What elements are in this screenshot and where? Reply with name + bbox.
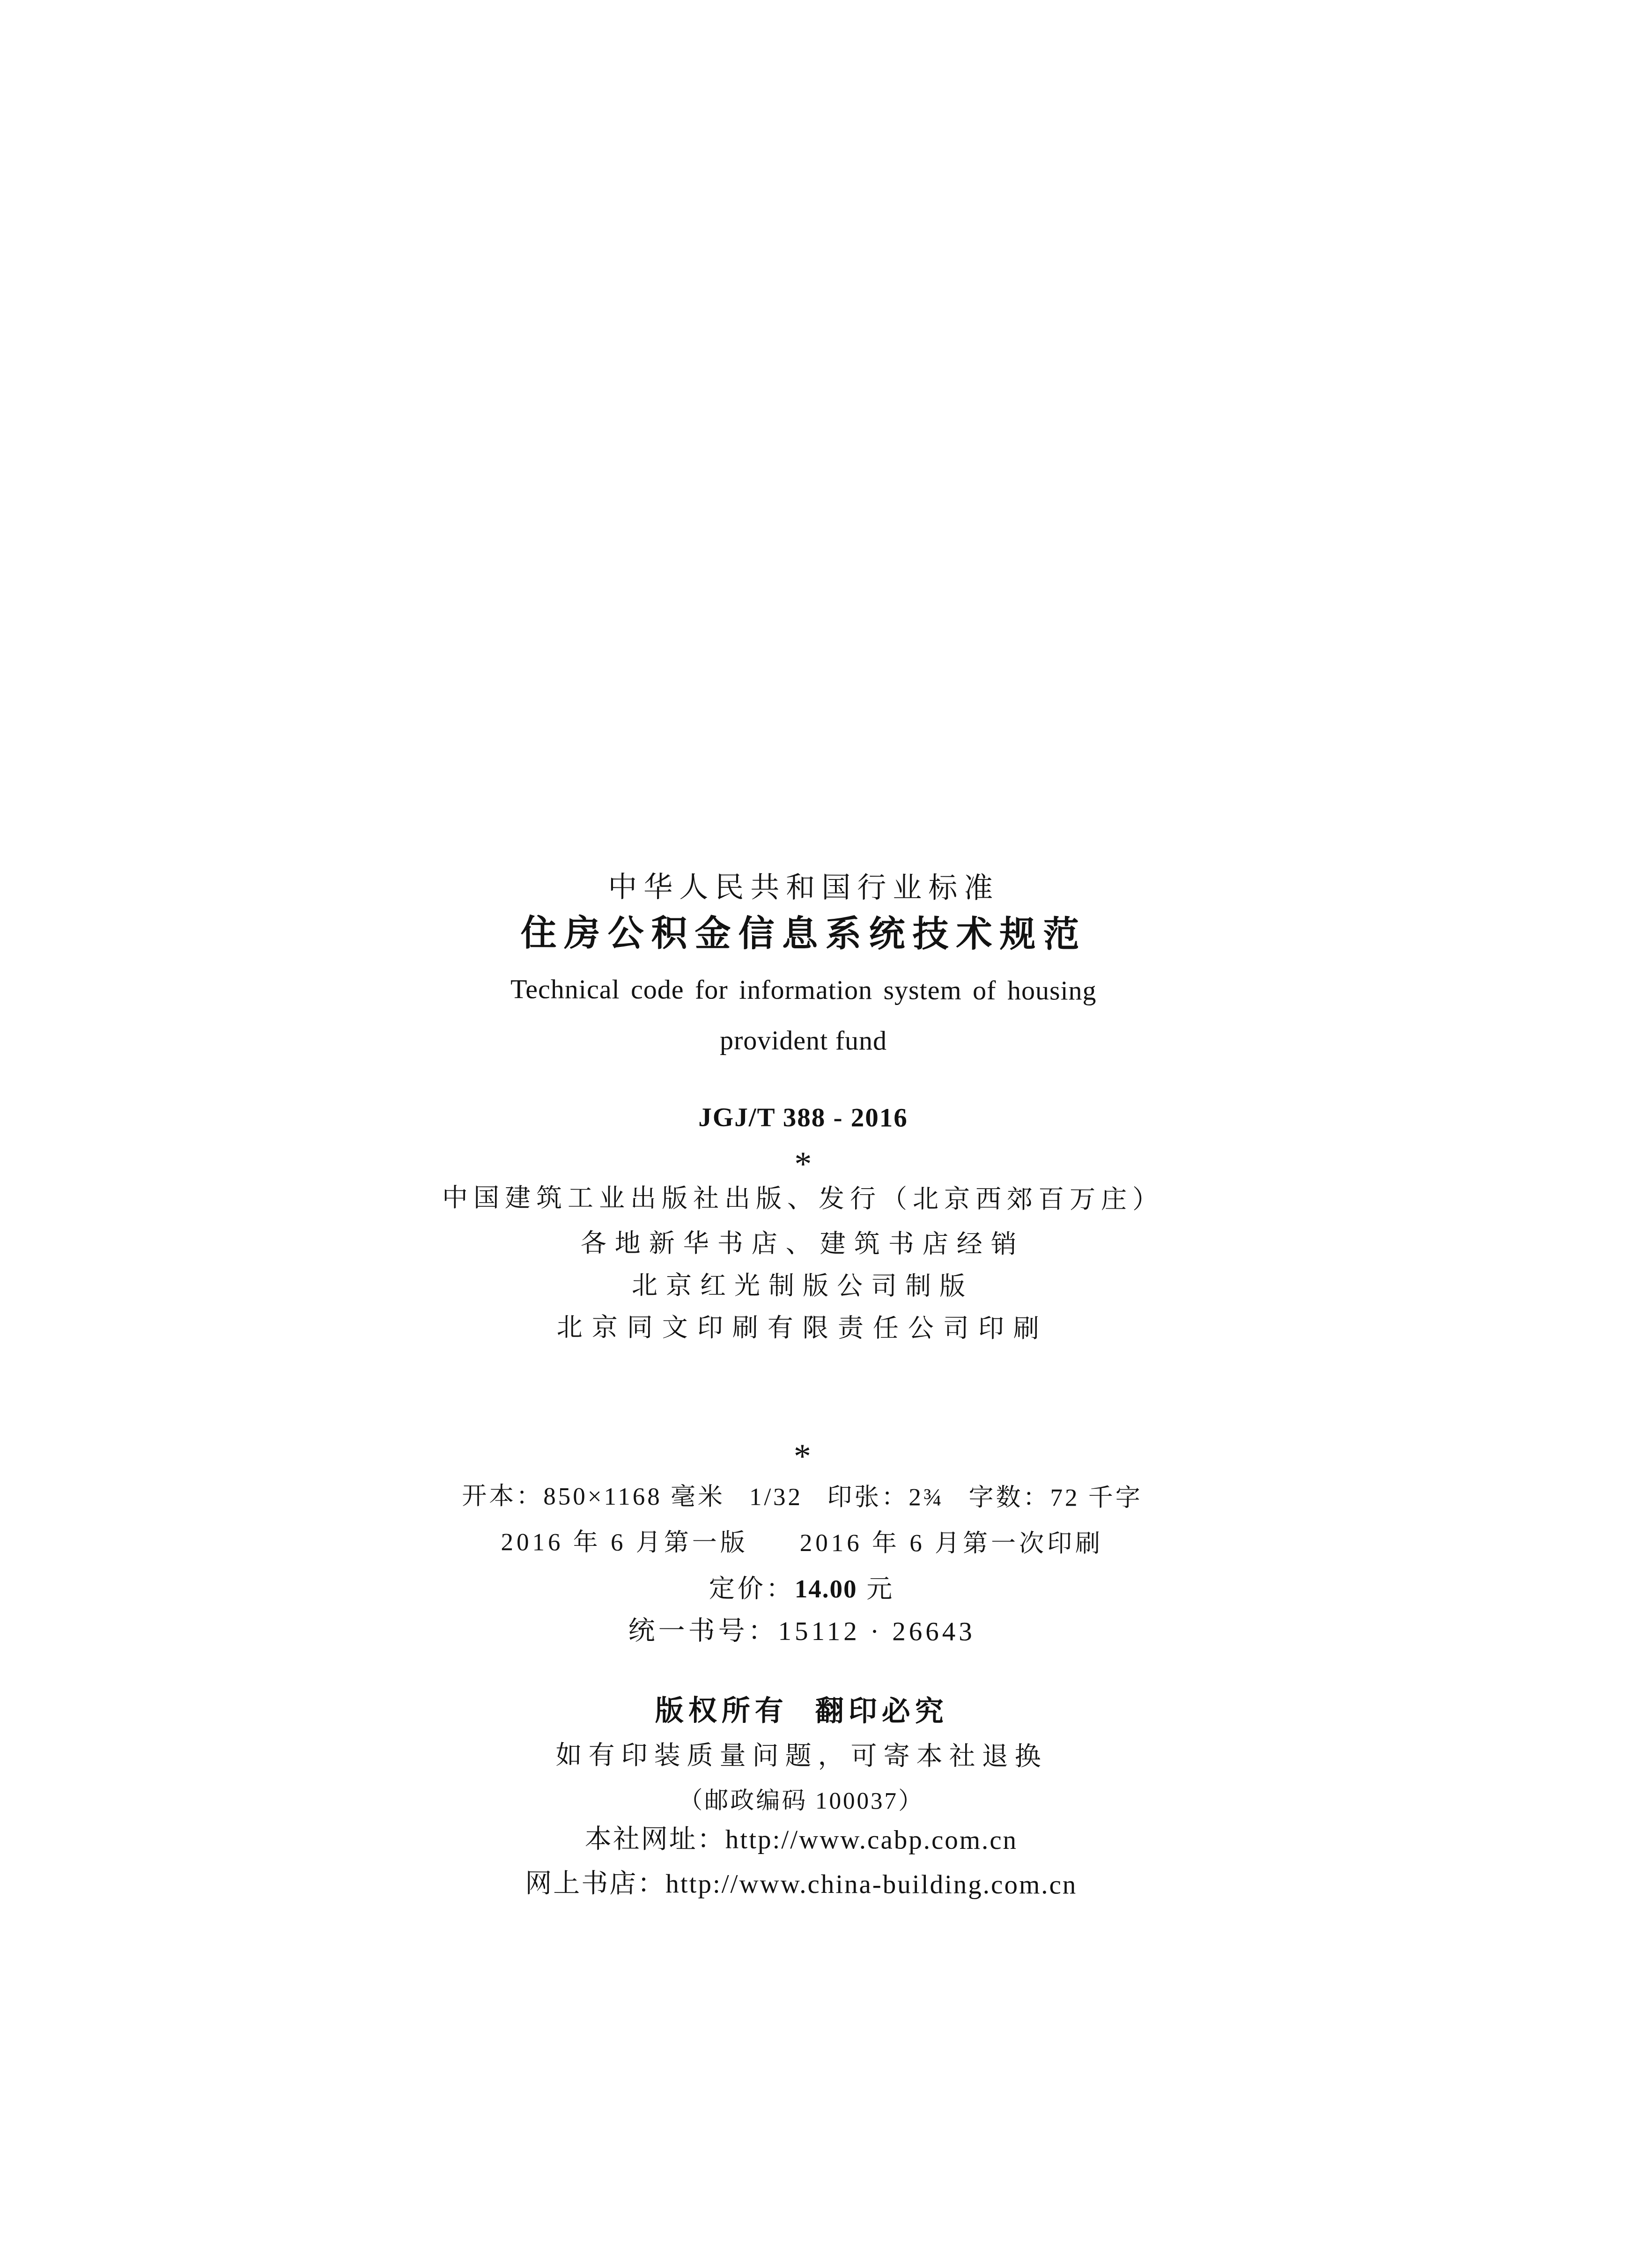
standard-code: JGJ/T 388 - 2016 <box>0 1101 1606 1135</box>
postcode-line: （邮政编码 100037） <box>0 1786 1604 1817</box>
price-label: 定价： <box>709 1574 795 1603</box>
book-title-english-line2: provident fund <box>0 1024 1606 1058</box>
edition-info: 2016 年 6 月第一版 <box>501 1529 748 1556</box>
price-value: 14.00 <box>795 1574 857 1603</box>
platemaker-line: 北京红光制版公司制版 <box>0 1270 1606 1302</box>
copyright-notice-right: 翻印必究 <box>815 1695 948 1727</box>
price-unit: 元 <box>866 1574 895 1603</box>
impression-info: 2016 年 6 月第一次印刷 <box>800 1529 1103 1558</box>
price-line: 定价：14.00 元 <box>0 1573 1605 1605</box>
colophon-page: 中华人民共和国行业标准 住房公积金信息系统技术规范 Technical code… <box>0 0 1647 2268</box>
publisher-line: 中国建筑工业出版社出版、发行（北京西郊百万庄） <box>0 1183 1606 1215</box>
format-size: 开本：850×1168 毫米 <box>462 1483 725 1510</box>
format-specs-line: 开本：850×1168 毫米1/32印张：2¾字数：72 千字 <box>0 1482 1605 1513</box>
printer-line: 北京同文印刷有限责任公司印刷 <box>0 1312 1606 1345</box>
standard-series-label: 中华人民共和国行业标准 <box>0 870 1607 906</box>
separator-star: * <box>0 1436 1605 1478</box>
colophon-content: 中华人民共和国行业标准 住房公积金信息系统技术规范 Technical code… <box>0 0 1609 2268</box>
copyright-notice: 版权所有翻印必究 <box>0 1693 1605 1729</box>
format-word-count: 字数：72 千字 <box>968 1484 1142 1512</box>
copyright-notice-left: 版权所有 <box>655 1694 788 1727</box>
online-bookstore-line: 网上书店：http://www.china-building.com.cn <box>0 1868 1604 1902</box>
unified-book-number: 统一书号：15112 · 26643 <box>0 1615 1605 1649</box>
format-ratio: 1/32 <box>749 1484 803 1511</box>
publisher-website-line: 本社网址：http://www.cabp.com.cn <box>0 1824 1604 1857</box>
book-title-chinese: 住房公积金信息系统技术规范 <box>0 912 1607 956</box>
distributor-line: 各地新华书店、建筑书店经销 <box>0 1228 1606 1260</box>
print-quality-note: 如有印装质量问题，可寄本社退换 <box>0 1740 1605 1773</box>
edition-line: 2016 年 6 月第一版2016 年 6 月第一次印刷 <box>0 1528 1605 1559</box>
separator-star: * <box>0 1144 1606 1186</box>
book-title-english-line1: Technical code for information system of… <box>0 973 1607 1007</box>
format-sheets: 印张：2¾ <box>827 1484 944 1511</box>
